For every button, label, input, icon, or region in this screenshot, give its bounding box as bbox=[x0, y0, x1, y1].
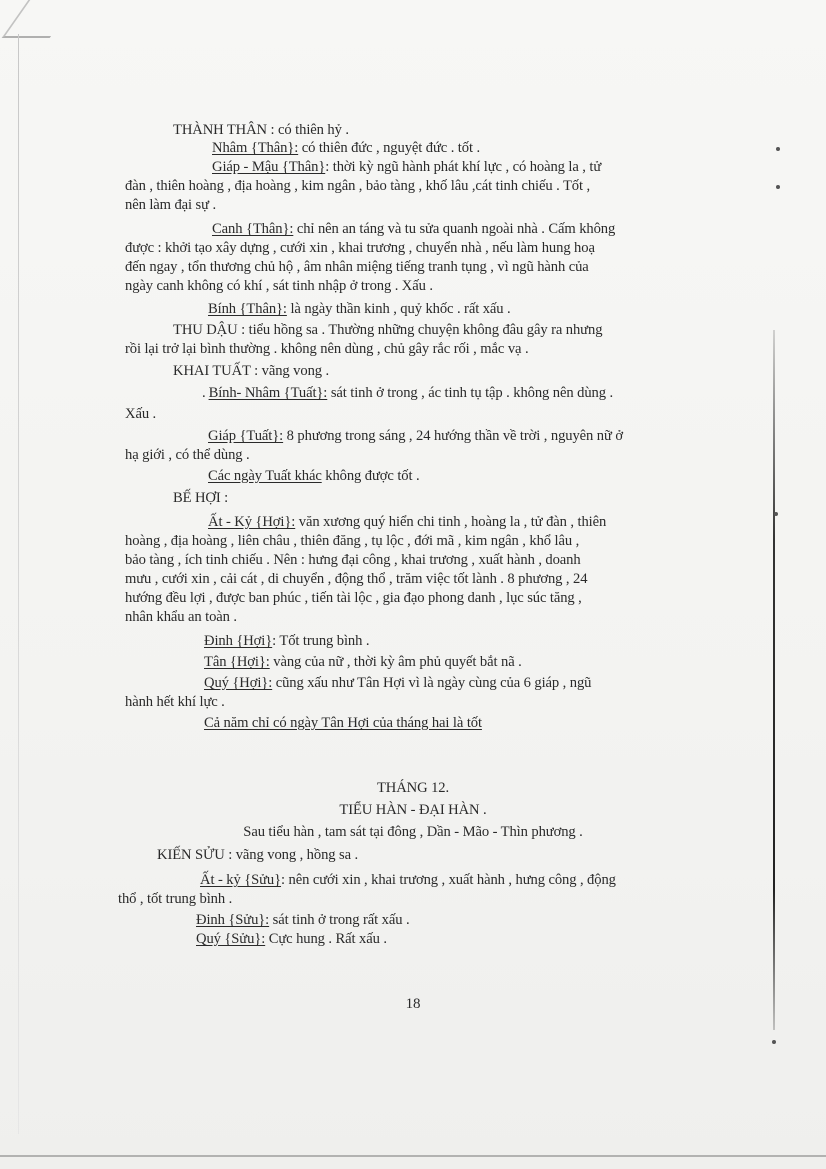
entry-text: cũng xấu như Tân Hợi vì là ngày cùng của… bbox=[272, 675, 591, 691]
entry-at-ky-suu: Ất - kỷ {Sửu}: nên cưới xin , khai trươn… bbox=[200, 871, 616, 889]
section-heading-kien-suu: KIẾN SỬU : vãng vong , hồng sa . bbox=[157, 846, 358, 864]
entry-label: Giáp - Mậu {Thân} bbox=[212, 159, 325, 175]
entry-text: : Tốt trung bình . bbox=[272, 633, 369, 649]
entry-label: Ất - kỷ {Sửu} bbox=[200, 872, 281, 888]
entry-label: Tân {Hợi}: bbox=[204, 654, 270, 670]
entry-at-ky-hoi: Ất - Kỷ {Hợi}: văn xương quý hiển chi ti… bbox=[208, 513, 606, 531]
entry-text-line: ngày canh không có khí , sát tinh nhập ở… bbox=[125, 277, 433, 295]
entry-text: vàng của nữ , thời kỳ âm phủ quyết bắt n… bbox=[270, 654, 522, 670]
page-number: 18 bbox=[0, 995, 826, 1013]
entry-text: : thời kỳ ngũ hành phát khí lực , có hoà… bbox=[325, 159, 601, 175]
entry-text: văn xương quý hiển chi tinh , hoàng la ,… bbox=[295, 514, 606, 530]
entry-text-line: hướng đều lợi , được ban phúc , tiến tài… bbox=[125, 589, 582, 607]
entry-quy-hoi: Quý {Hợi}: cũng xấu như Tân Hợi vì là ng… bbox=[204, 674, 591, 692]
folded-corner bbox=[2, 0, 77, 38]
entry-text-line: đàn , thiên hoàng , địa hoàng , kim ngân… bbox=[125, 177, 590, 195]
entry-label: Canh {Thân}: bbox=[212, 221, 293, 237]
entry-label: Giáp {Tuất}: bbox=[208, 428, 283, 444]
entry-label: Ất - Kỷ {Hợi}: bbox=[208, 514, 295, 530]
entry-nham-than: Nhâm {Thân}: có thiên đức , nguyệt đức .… bbox=[212, 139, 480, 157]
month-subtitle: TIỂU HÀN - ĐẠI HÀN . bbox=[0, 801, 826, 819]
entry-giap-mau-than: Giáp - Mậu {Thân}: thời kỳ ngũ hành phát… bbox=[212, 158, 601, 176]
entry-text-line: được : khởi tạo xây dựng , cưới xin , kh… bbox=[125, 239, 595, 257]
page-left-edge bbox=[18, 34, 19, 1134]
entry-text: sát tinh ở trong , ác tinh tụ tập . khôn… bbox=[327, 385, 613, 401]
entry-text-line: Xấu . bbox=[125, 405, 156, 423]
entry-text-line: hoàng , địa hoàng , liên châu , thiên đă… bbox=[125, 532, 579, 550]
entry-text-line: nên làm đại sự . bbox=[125, 196, 216, 214]
entry-text-line: bảo tàng , ích tinh chiếu . Nên : hưng đ… bbox=[125, 551, 581, 569]
page-bottom-edge bbox=[0, 1155, 826, 1157]
section-heading-be-hoi: BẾ HỢI : bbox=[173, 489, 228, 507]
entry-text: 8 phương trong sáng , 24 hướng thần về t… bbox=[283, 428, 623, 444]
month-intro: Sau tiểu hàn , tam sát tại đông , Dần - … bbox=[0, 823, 826, 841]
entry-label: Bính- Nhâm {Tuất}: bbox=[209, 385, 328, 401]
entry-label: Bính {Thân}: bbox=[208, 301, 287, 317]
entry-text: : nên cưới xin , khai trương , xuất hành… bbox=[281, 872, 616, 888]
spine-mark bbox=[774, 512, 778, 516]
entry-text-line: đến ngay , tổn thương chủ hộ , âm nhân m… bbox=[125, 258, 589, 276]
entry-label: Đinh {Hợi} bbox=[204, 633, 272, 649]
entry-text: chỉ nên an táng và tu sửa quanh ngoài nh… bbox=[293, 221, 615, 237]
entry-label: Quý {Hợi}: bbox=[204, 675, 272, 691]
entry-giap-tuat: Giáp {Tuất}: 8 phương trong sáng , 24 hư… bbox=[208, 427, 623, 445]
entry-text: không được tốt . bbox=[322, 468, 420, 484]
spine-mark bbox=[772, 1040, 776, 1044]
scanned-page: THÀNH THÂN : có thiên hỷ . Nhâm {Thân}: … bbox=[0, 0, 826, 1169]
entry-label: Các ngày Tuất khác bbox=[208, 468, 322, 484]
entry-text-line: rồi lại trở lại bình thường . không nên … bbox=[125, 340, 529, 358]
entry-label: Quý {Sửu}: bbox=[196, 931, 265, 947]
spine-mark bbox=[776, 185, 780, 189]
entry-canh-than: Canh {Thân}: chỉ nên an táng và tu sửa q… bbox=[212, 220, 615, 238]
entry-text-line: hành hết khí lực . bbox=[125, 693, 225, 711]
entry-text: Cực hung . Rất xấu . bbox=[265, 931, 387, 947]
entry-text: có thiên đức , nguyệt đức . tốt . bbox=[298, 140, 480, 156]
spine-mark bbox=[776, 147, 780, 151]
section-heading-khai-tuat: KHAI TUẤT : vãng vong . bbox=[173, 362, 329, 380]
entry-text-line: nhân khẩu an toàn . bbox=[125, 608, 237, 626]
entry-label: Nhâm {Thân}: bbox=[212, 140, 298, 156]
entry-label: Đinh {Sửu}: bbox=[196, 912, 269, 928]
entry-text-line: mưu , cưới xin , cải cát , di chuyển , đ… bbox=[125, 570, 587, 588]
entry-dinh-hoi: Đinh {Hợi}: Tốt trung bình . bbox=[204, 632, 369, 650]
entry-tan-hoi: Tân {Hợi}: vàng của nữ , thời kỳ âm phủ … bbox=[204, 653, 522, 671]
entry-binh-nham-tuat: .Bính- Nhâm {Tuất}: sát tinh ở trong , á… bbox=[202, 384, 613, 402]
entry-text-line: hạ giới , có thể dùng . bbox=[125, 446, 250, 464]
entry-other-tuat: Các ngày Tuất khác không được tốt . bbox=[208, 467, 420, 485]
entry-text-line: thổ , tốt trung bình . bbox=[118, 890, 232, 908]
section-summary: Cả năm chỉ có ngày Tân Hợi của tháng hai… bbox=[204, 714, 482, 732]
entry-dinh-suu: Đinh {Sửu}: sát tinh ở trong rất xấu . bbox=[196, 911, 410, 929]
section-heading-thanh-than: THÀNH THÂN : có thiên hỷ . bbox=[173, 121, 349, 139]
entry-binh-than: Bính {Thân}: là ngày thần kinh , quỷ khố… bbox=[208, 300, 511, 318]
month-title: THÁNG 12. bbox=[0, 779, 826, 797]
entry-quy-suu: Quý {Sửu}: Cực hung . Rất xấu . bbox=[196, 930, 387, 948]
entry-text: là ngày thần kinh , quỷ khốc . rất xấu . bbox=[287, 301, 511, 317]
entry-text: sát tinh ở trong rất xấu . bbox=[269, 912, 409, 928]
section-heading-thu-dau: THU DẬU : tiểu hồng sa . Thường những ch… bbox=[173, 321, 602, 339]
binding-spine-line bbox=[773, 330, 775, 1030]
